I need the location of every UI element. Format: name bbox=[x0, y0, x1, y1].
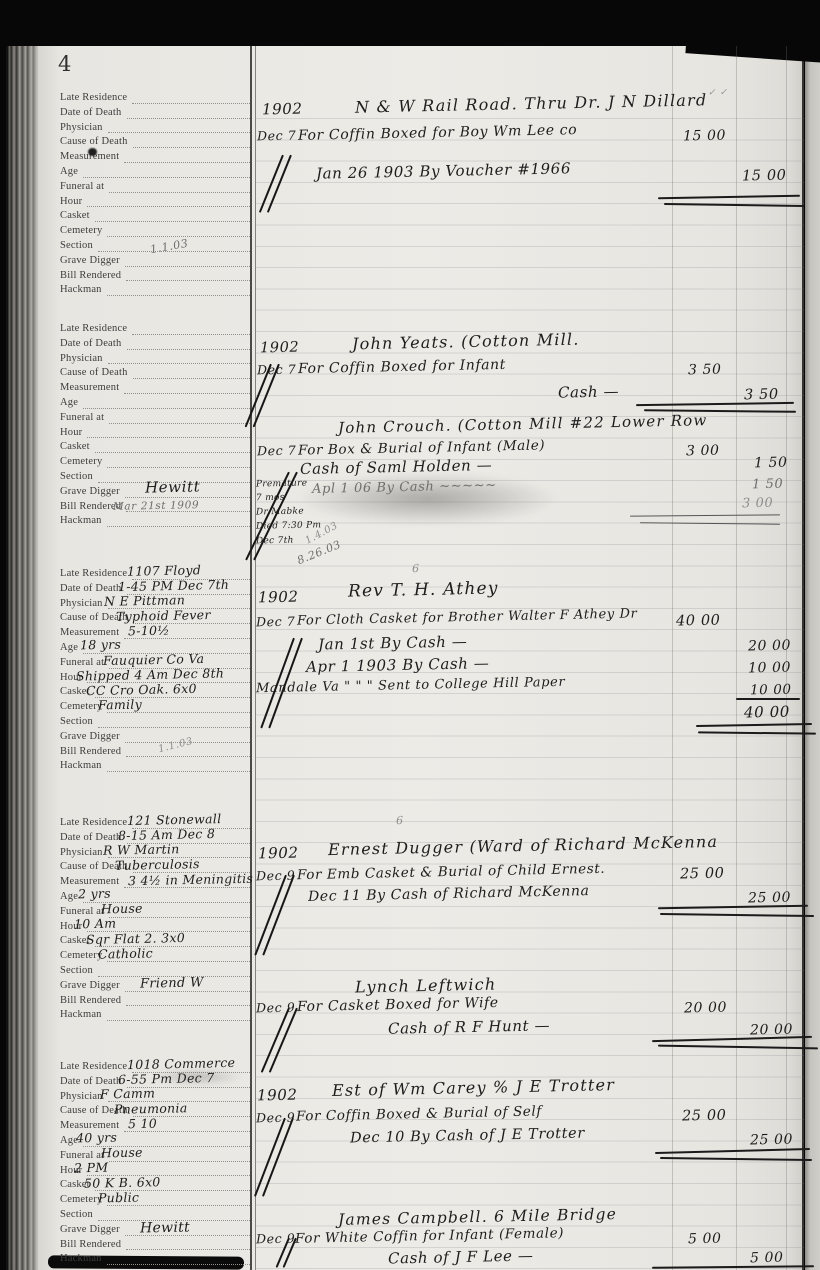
payment-description: Cash — bbox=[558, 382, 620, 401]
dotted-leader bbox=[98, 726, 250, 728]
charge-amount: 5 00 bbox=[688, 1231, 722, 1248]
dotted-leader bbox=[132, 333, 250, 335]
form-label: Funeral at bbox=[60, 412, 104, 423]
margin-column-line bbox=[786, 46, 787, 1270]
form-label: Grave Digger bbox=[60, 731, 120, 742]
form-label-row: Cemetery bbox=[60, 1194, 252, 1209]
dotted-leader bbox=[87, 205, 250, 207]
form-label: Grave Digger bbox=[60, 255, 120, 266]
form-label-row: Measurement bbox=[60, 382, 252, 397]
payment-description: Cash of J F Lee — bbox=[388, 1246, 534, 1267]
form-label: Cemetery bbox=[60, 225, 102, 236]
dotted-leader bbox=[125, 496, 250, 498]
form-label: Casket bbox=[60, 210, 90, 221]
form-label: Section bbox=[60, 471, 93, 482]
payment-amount: 10 00 bbox=[750, 682, 792, 699]
total-amount: 3 00 bbox=[742, 496, 774, 512]
dotted-leader bbox=[127, 348, 251, 350]
form-label-row: Date of Death bbox=[60, 107, 252, 122]
physician-value: R W Martin bbox=[103, 841, 180, 858]
payment-amount: 3 50 bbox=[744, 387, 779, 404]
form-label-row: Bill Rendered bbox=[60, 270, 252, 285]
form-label: Physician bbox=[60, 847, 103, 858]
form-label: Casket bbox=[60, 441, 90, 452]
form-label: Hackman bbox=[60, 284, 102, 295]
casket-value: 50 K B. 6x0 bbox=[84, 1174, 161, 1191]
cemetery-value: Public bbox=[98, 1190, 140, 1206]
dotted-leader bbox=[95, 220, 250, 222]
form-label: Grave Digger bbox=[60, 486, 120, 497]
underline-stroke bbox=[736, 698, 800, 700]
form-label: Cause of Death bbox=[60, 367, 128, 378]
dotted-leader bbox=[109, 191, 250, 193]
cause-of-death-value: Pneumonia bbox=[114, 1100, 188, 1117]
form-label: Age bbox=[60, 642, 78, 653]
form-label-row: Bill Rendered bbox=[60, 746, 252, 761]
form-label-row: Date of Death bbox=[60, 338, 252, 353]
page-number: 4 bbox=[58, 52, 71, 76]
form-label: Age bbox=[60, 166, 78, 177]
dotted-leader bbox=[107, 235, 250, 237]
form-label: Section bbox=[60, 240, 93, 251]
form-label-row: Funeral at bbox=[60, 412, 252, 427]
payment-amount: 25 00 bbox=[748, 890, 791, 907]
dotted-leader bbox=[124, 161, 250, 163]
form-label-row: Physician bbox=[60, 353, 252, 368]
dotted-leader bbox=[109, 916, 250, 918]
form-label-row: Hour bbox=[60, 427, 252, 442]
bill-rendered-value: Mar 21st 1909 bbox=[113, 499, 199, 513]
graphite-smudge bbox=[150, 1069, 245, 1085]
form-label-row: Cause of Death bbox=[60, 367, 252, 382]
form-label-row: Cemetery bbox=[60, 456, 252, 471]
record-1-label-block: Late Residence Date of Death Physician C… bbox=[60, 92, 252, 299]
dotted-leader bbox=[127, 117, 251, 119]
form-label: Hackman bbox=[60, 760, 102, 771]
physician-value: F Camm bbox=[100, 1085, 155, 1101]
ink-blot bbox=[88, 148, 97, 156]
form-label: Date of Death bbox=[60, 583, 122, 594]
cause-of-death-value: Tuberculosis bbox=[115, 856, 200, 873]
form-label: Cemetery bbox=[60, 456, 102, 467]
form-label-row: Age bbox=[60, 397, 252, 412]
payment-amount: 15 00 bbox=[742, 168, 787, 185]
form-label-row: Cemetery bbox=[60, 701, 252, 716]
dotted-leader bbox=[107, 1263, 250, 1265]
form-label: Cemetery bbox=[60, 1194, 102, 1205]
charge-column-line bbox=[672, 46, 673, 1270]
dotted-leader bbox=[133, 146, 250, 148]
form-label-row: Late Residence bbox=[60, 92, 252, 107]
dotted-leader bbox=[107, 770, 250, 772]
dotted-leader bbox=[109, 1160, 250, 1162]
measurement-value: 3 4½ in Meningitis bbox=[128, 871, 253, 889]
form-label: Late Residence bbox=[60, 568, 127, 579]
form-label: Grave Digger bbox=[60, 980, 120, 991]
form-label: Date of Death bbox=[60, 338, 122, 349]
grave-digger-value: Friend W bbox=[140, 975, 204, 991]
charge-amount: 15 00 bbox=[683, 128, 726, 145]
dotted-leader bbox=[109, 422, 250, 424]
form-label: Section bbox=[60, 965, 93, 976]
form-label: Late Residence bbox=[60, 323, 127, 334]
payment-description: Jan 1st By Cash — bbox=[318, 632, 468, 653]
form-label: Age bbox=[60, 891, 78, 902]
form-label: Funeral at bbox=[60, 181, 104, 192]
dotted-leader bbox=[133, 377, 250, 379]
form-label: Cause of Death bbox=[60, 136, 128, 147]
form-label: Physician bbox=[60, 598, 103, 609]
dotted-leader bbox=[132, 102, 250, 104]
dotted-leader bbox=[124, 392, 250, 394]
entry-date: Dec 7 bbox=[256, 614, 296, 630]
funeral-at-value: House bbox=[101, 1145, 143, 1161]
margin-note: Died 7:30 Pm bbox=[256, 520, 322, 531]
form-label: Date of Death bbox=[60, 107, 122, 118]
form-label: Grave Digger bbox=[60, 1224, 120, 1235]
charge-amount: 25 00 bbox=[680, 866, 725, 883]
entry-year: 1902 bbox=[260, 340, 300, 357]
form-label: Hour bbox=[60, 196, 82, 207]
charge-amount: 3 50 bbox=[688, 362, 722, 379]
total-amount: 40 00 bbox=[744, 703, 790, 722]
entry-heading: Lynch Leftwich bbox=[355, 975, 497, 997]
casket-value: Sqr Flat 2. 3x0 bbox=[86, 930, 185, 947]
faint-payment-amount: 1 50 bbox=[752, 477, 784, 493]
measurement-value: 5-10½ bbox=[128, 623, 170, 639]
dotted-leader bbox=[107, 1019, 250, 1021]
charge-amount: 25 00 bbox=[682, 1108, 727, 1125]
grave-digger-value: Hewitt bbox=[140, 1219, 190, 1236]
dotted-leader bbox=[126, 1004, 250, 1006]
form-label: Late Residence bbox=[60, 92, 127, 103]
hour-value: 2 PM bbox=[74, 1160, 109, 1176]
form-label: Bill Rendered bbox=[60, 1239, 121, 1250]
form-label-row: Cemetery bbox=[60, 225, 252, 240]
form-label-row: Hour bbox=[60, 196, 252, 211]
form-label: Date of Death bbox=[60, 1076, 122, 1087]
form-label: Section bbox=[60, 716, 93, 727]
form-label: Physician bbox=[60, 1091, 103, 1102]
age-value: 2 yrs bbox=[78, 886, 111, 902]
age-value: 18 yrs bbox=[80, 637, 121, 653]
cemetery-value: Family bbox=[98, 697, 142, 713]
book-page-edges bbox=[6, 34, 38, 1270]
entry-date: Dec 7 bbox=[257, 443, 297, 459]
form-label-row: Bill Rendered bbox=[60, 995, 252, 1010]
form-label: Bill Rendered bbox=[60, 995, 121, 1006]
form-label: Physician bbox=[60, 353, 103, 364]
dotted-leader bbox=[126, 755, 250, 757]
form-label-row: Late Residence bbox=[60, 323, 252, 338]
funeral-at-value: House bbox=[101, 901, 143, 917]
form-label: Age bbox=[60, 397, 78, 408]
dotted-leader bbox=[107, 525, 250, 527]
form-label: Bill Rendered bbox=[60, 270, 121, 281]
pencil-checkmark: ✓ ✓ bbox=[708, 88, 728, 98]
payment-description: Apr 1 1903 By Cash — bbox=[306, 654, 490, 676]
entry-date: Dec 7 bbox=[257, 128, 297, 144]
form-label-row: Physician bbox=[60, 122, 252, 137]
form-label-row: Hackman bbox=[60, 284, 252, 299]
form-label-row: Hackman bbox=[60, 1253, 252, 1268]
form-label-row: Casket bbox=[60, 441, 252, 456]
form-label: Cemetery bbox=[60, 950, 102, 961]
form-label-row: Section bbox=[60, 716, 252, 731]
late-residence-value: 1107 Floyd bbox=[127, 562, 201, 579]
grave-digger-value: Hewitt bbox=[145, 477, 201, 496]
form-label: Late Residence bbox=[60, 817, 127, 828]
payment-description: Cash of R F Hunt — bbox=[388, 1016, 550, 1037]
form-label: Hour bbox=[60, 427, 82, 438]
form-label: Physician bbox=[60, 122, 103, 133]
charge-amount: 3 00 bbox=[686, 443, 720, 460]
form-label-row: Casket bbox=[60, 210, 252, 225]
age-value: 40 yrs bbox=[76, 1130, 117, 1146]
form-label-row: Hackman bbox=[60, 760, 252, 775]
form-label: Bill Rendered bbox=[60, 746, 121, 757]
entry-year: 1902 bbox=[258, 844, 299, 863]
form-label: Hackman bbox=[60, 1253, 102, 1264]
form-label-row: Grave Digger bbox=[60, 731, 252, 746]
form-label-row: Grave Digger bbox=[60, 255, 252, 270]
charge-amount: 20 00 bbox=[684, 1000, 727, 1017]
pencil-number: 6 bbox=[396, 814, 404, 827]
form-label-row: Funeral at bbox=[60, 181, 252, 196]
form-label-row: Hackman bbox=[60, 1009, 252, 1024]
dotted-leader bbox=[125, 265, 250, 267]
payment-amount: 10 00 bbox=[748, 660, 791, 677]
ledger-scan: 4 Late Residence Date of Death Physician… bbox=[0, 0, 820, 1270]
payment-amount: 1 50 bbox=[754, 455, 788, 472]
form-label: Section bbox=[60, 1209, 93, 1220]
form-label: Hackman bbox=[60, 515, 102, 526]
adjacent-page-strip bbox=[805, 46, 820, 1270]
payment-amount: 20 00 bbox=[748, 638, 791, 655]
dotted-leader bbox=[107, 294, 250, 296]
form-label: Late Residence bbox=[60, 1061, 127, 1072]
dotted-leader bbox=[126, 279, 250, 281]
dotted-leader bbox=[95, 451, 250, 453]
entry-year: 1902 bbox=[257, 1086, 298, 1105]
dotted-leader bbox=[87, 436, 250, 438]
dotted-leader bbox=[83, 407, 250, 409]
cause-of-death-value: Typhoid Fever bbox=[116, 607, 211, 624]
form-label-row: Hackman bbox=[60, 515, 252, 530]
dotted-leader bbox=[108, 131, 250, 133]
form-label: Date of Death bbox=[60, 832, 122, 843]
form-label: Funeral at bbox=[60, 657, 104, 668]
entry-heading: Rev T. H. Athey bbox=[348, 578, 499, 601]
payment-amount: 25 00 bbox=[750, 1132, 793, 1149]
dotted-leader bbox=[83, 176, 250, 178]
form-label: Hackman bbox=[60, 1009, 102, 1020]
physician-value: N E Pittman bbox=[104, 592, 185, 609]
form-label-row: Cemetery bbox=[60, 950, 252, 965]
cemetery-value: Catholic bbox=[98, 945, 153, 961]
form-label-row: Bill Rendered bbox=[60, 1239, 252, 1254]
dotted-leader bbox=[107, 466, 250, 468]
payment-column-line bbox=[736, 46, 737, 1270]
form-label: Measurement bbox=[60, 382, 119, 393]
form-label-row: Age bbox=[60, 166, 252, 181]
hour-value: 10 Am bbox=[74, 916, 117, 932]
entry-year: 1902 bbox=[262, 100, 303, 119]
pencil-number: 6 bbox=[412, 562, 420, 575]
measurement-value: 5 10 bbox=[128, 1116, 157, 1132]
payment-amount: 5 00 bbox=[750, 1250, 784, 1267]
form-label: Cemetery bbox=[60, 701, 102, 712]
dotted-leader bbox=[108, 362, 250, 364]
charge-amount: 40 00 bbox=[676, 613, 721, 630]
dotted-leader bbox=[126, 1248, 250, 1250]
entry-year: 1902 bbox=[258, 588, 299, 607]
